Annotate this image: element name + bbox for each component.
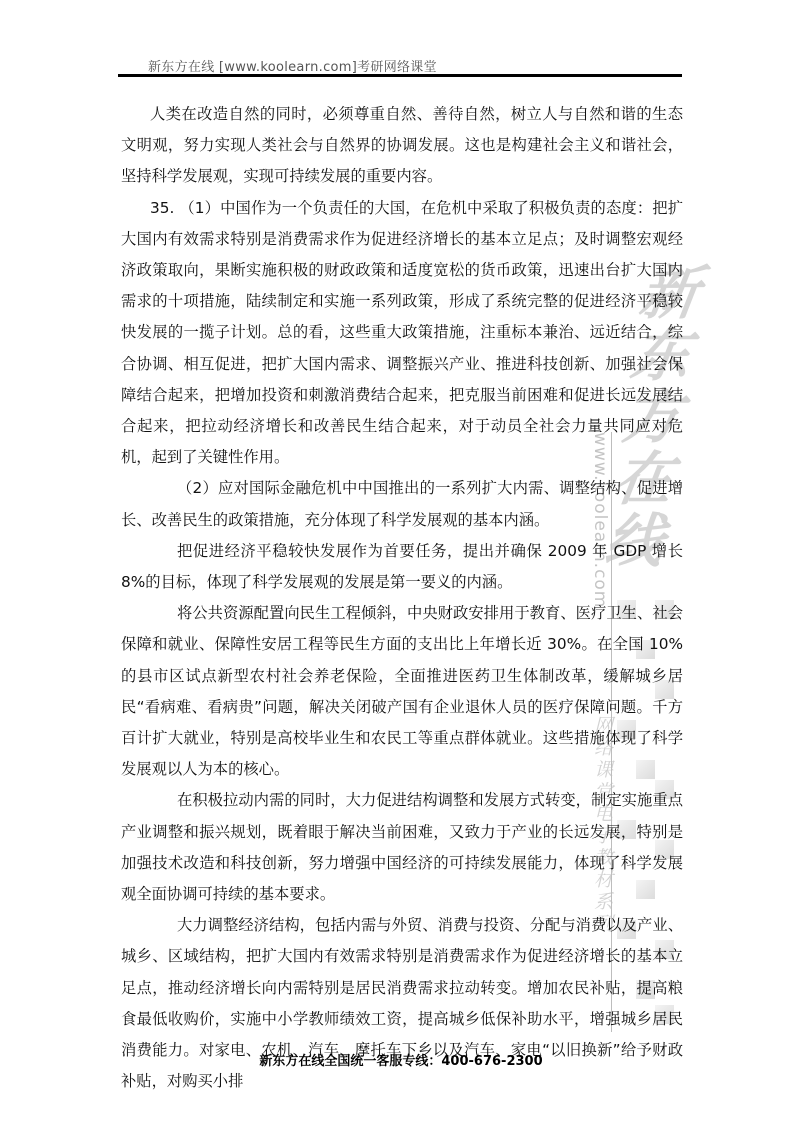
paragraph-q35-part2: （2）应对国际金融危机中中国推出的一系列扩大内需、调整结构、促进增长、改善民生的… — [121, 473, 683, 535]
paragraph: 大力调整经济结构，包括内需与外贸、消费与投资、分配与消费以及产业、城乡、区域结构… — [121, 910, 683, 1097]
paragraph: 将公共资源配置向民生工程倾斜，中央财政安排用于教育、医疗卫生、社会保障和就业、保… — [121, 598, 683, 785]
paragraph-q35-part1: 35. （1）中国作为一个负责任的大国，在危机中采取了积极负责的态度：把扩大国内… — [121, 193, 683, 474]
page-header: 新东方在线 [www.koolearn.com]考研网络课堂 — [148, 56, 437, 75]
paragraph: 把促进经济平稳较快发展作为首要任务，提出并确保 2009 年 GDP 增长 8%… — [121, 536, 683, 598]
header-divider — [118, 74, 682, 77]
paragraph: 在积极拉动内需的同时，大力促进结构调整和发展方式转变，制定实施重点产业调整和振兴… — [121, 785, 683, 910]
document-body: 人类在改造自然的同时，必须尊重自然、善待自然，树立人与自然和谐的生态文明观，努力… — [121, 99, 683, 1098]
page-footer: 新东方在线全国统一客服专线：400-676-2300 — [0, 1050, 802, 1069]
paragraph: 人类在改造自然的同时，必须尊重自然、善待自然，树立人与自然和谐的生态文明观，努力… — [121, 99, 683, 193]
